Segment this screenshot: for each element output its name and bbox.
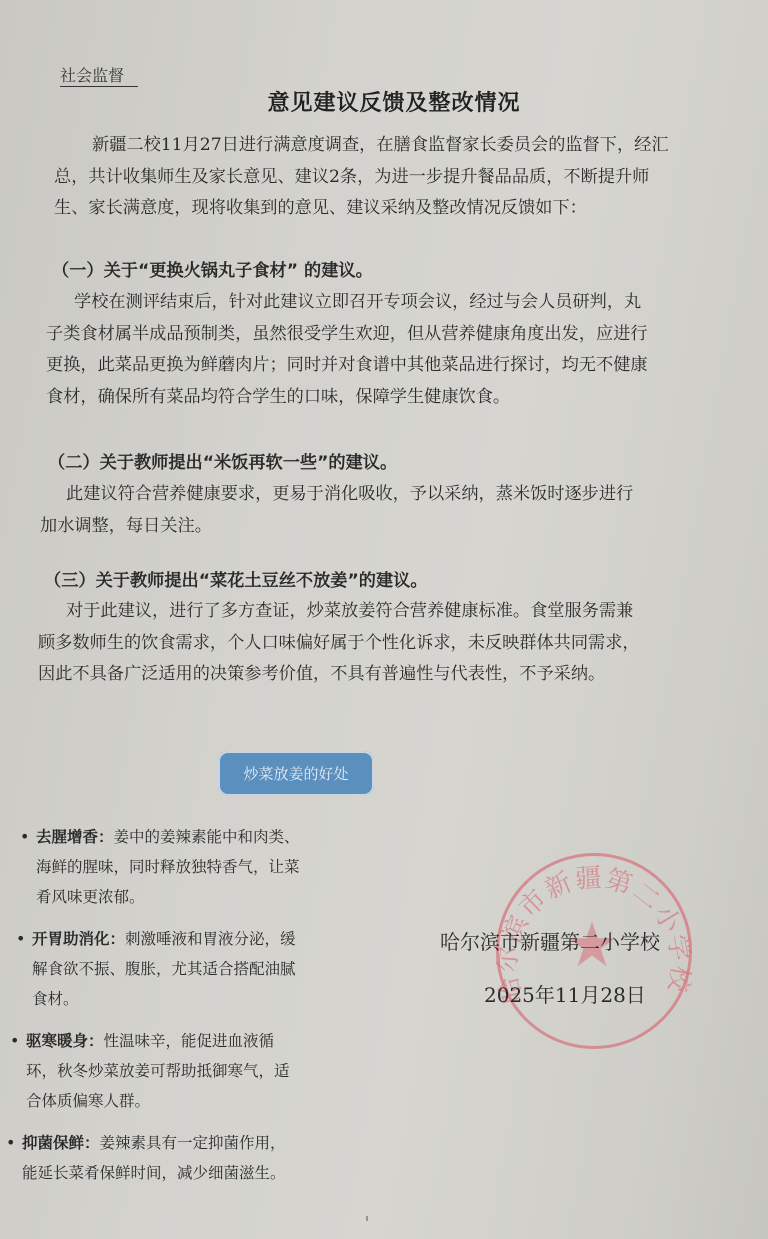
benefit-lead: 去腥增香： (36, 828, 114, 846)
benefit-text: 刺激唾液和胃液分泌，缓 (125, 930, 296, 948)
body-line: 顾多数师生的饮食需求，个人口味偏好属于个性化诉求，未反映群体共同需求， (38, 628, 640, 660)
benefit-text: 海鲜的腥味，同时释放独特香气，让菜 (36, 852, 374, 882)
body-line: 因此不具备广泛适用的决策参考价值，不具有普遍性与代表性，不予采纳。 (38, 659, 640, 691)
body-line: 食材，确保所有菜品均符合学生的口味，保障学生健康饮食。 (46, 382, 648, 414)
paper-mark (366, 1216, 368, 1221)
benefit-lead: 抑菌保鲜： (22, 1134, 100, 1152)
body-line: 更换，此菜品更换为鲜蘑肉片；同时并对食谱中其他菜品进行探讨，均无不健康 (46, 350, 648, 382)
body-line: 子类食材属半成品预制类，虽然很受学生欢迎，但从营养健康角度出发，应进行 (46, 319, 648, 351)
benefit-text: 性温味辛，能促进血液循 (104, 1032, 275, 1050)
section-heading-2: （二）关于教师提出“米饭再软一些”的建议。 (48, 448, 397, 473)
bullet-icon: • (10, 1026, 19, 1056)
signing-organization: 哈尔滨市新疆第二小学校 (440, 926, 660, 955)
benefit-text: 合体质偏寒人群。 (26, 1086, 374, 1116)
bullet-icon: • (6, 1128, 15, 1158)
document-title: 意见建议反馈及整改情况 (0, 86, 768, 117)
bullet-icon: • (16, 924, 25, 954)
section-body-2: 此建议符合营养健康要求，更易于消化吸收，予以采纳，蒸米饭时逐步进行 加水调整，每… (66, 479, 633, 542)
benefit-item: • 开胃助消化：刺激唾液和胃液分泌，缓 解食欲不振、腹胀，尤其适合搭配油腻 食材… (16, 924, 374, 1014)
intro-paragraph: 新疆二校11月27日进行满意度调查，在膳食监督家长委员会的监督下，经汇 总，共计… (92, 130, 669, 225)
intro-line: 总，共计收集师生及家长意见、建议2条，为进一步提升餐品品质，不断提升师 (54, 162, 669, 194)
body-line: 对于此建议，进行了多方查证，炒菜放姜符合营养健康标准。食堂服务需兼 (66, 596, 640, 628)
benefit-text: 肴风味更浓郁。 (36, 882, 374, 912)
signing-date: 2025年11月28日 (484, 979, 646, 1008)
intro-line: 生、家长满意度，现将收集到的意见、建议采纳及整改情况反馈如下： (54, 193, 669, 225)
benefit-text: 姜辣素具有一定抑菌作用， (100, 1134, 286, 1152)
benefits-label-badge: 炒菜放姜的好处 (218, 751, 374, 796)
body-line: 此建议符合营养健康要求，更易于消化吸收，予以采纳，蒸米饭时逐步进行 (66, 479, 633, 511)
intro-line: 新疆二校11月27日进行满意度调查，在膳食监督家长委员会的监督下，经汇 (92, 130, 669, 162)
section-body-3: 对于此建议，进行了多方查证，炒菜放姜符合营养健康标准。食堂服务需兼 顾多数师生的… (66, 596, 640, 691)
section-heading-3: （三）关于教师提出“菜花土豆丝不放姜”的建议。 (44, 566, 428, 591)
benefit-lead: 开胃助消化： (32, 930, 125, 948)
body-line: 加水调整，每日关注。 (40, 511, 633, 543)
benefits-list: • 去腥增香：姜中的姜辣素能中和肉类、 海鲜的腥味，同时释放独特香气，让菜 肴风… (14, 822, 374, 1200)
benefit-lead: 驱寒暖身： (26, 1032, 104, 1050)
benefit-item: • 抑菌保鲜：姜辣素具有一定抑菌作用， 能延长菜肴保鲜时间，减少细菌滋生。 (6, 1128, 374, 1188)
benefit-text: 姜中的姜辣素能中和肉类、 (114, 828, 300, 846)
benefit-text: 解食欲不振、腹胀，尤其适合搭配油腻 (32, 954, 374, 984)
benefit-item: • 去腥增香：姜中的姜辣素能中和肉类、 海鲜的腥味，同时释放独特香气，让菜 肴风… (20, 822, 374, 912)
benefit-text: 能延长菜肴保鲜时间，减少细菌滋生。 (22, 1158, 374, 1188)
body-line: 学校在测评结束后，针对此建议立即召开专项会议，经过与会人员研判，丸 (74, 287, 648, 319)
benefit-item: • 驱寒暖身：性温味辛，能促进血液循 环，秋冬炒菜放姜可帮助抵御寒气，适 合体质… (10, 1026, 374, 1116)
document-page: 社会监督 意见建议反馈及整改情况 新疆二校11月27日进行满意度调查，在膳食监督… (0, 0, 768, 1239)
benefits-label: 炒菜放姜的好处 (243, 763, 348, 784)
bullet-icon: • (20, 822, 29, 852)
section-tag: 社会监督 (60, 66, 138, 87)
benefit-text: 环，秋冬炒菜放姜可帮助抵御寒气，适 (26, 1056, 374, 1086)
section-heading-1: （一）关于“更换火锅丸子食材” 的建议。 (52, 256, 373, 281)
benefit-text: 食材。 (32, 984, 374, 1014)
section-body-1: 学校在测评结束后，针对此建议立即召开专项会议，经过与会人员研判，丸 子类食材属半… (74, 287, 648, 413)
